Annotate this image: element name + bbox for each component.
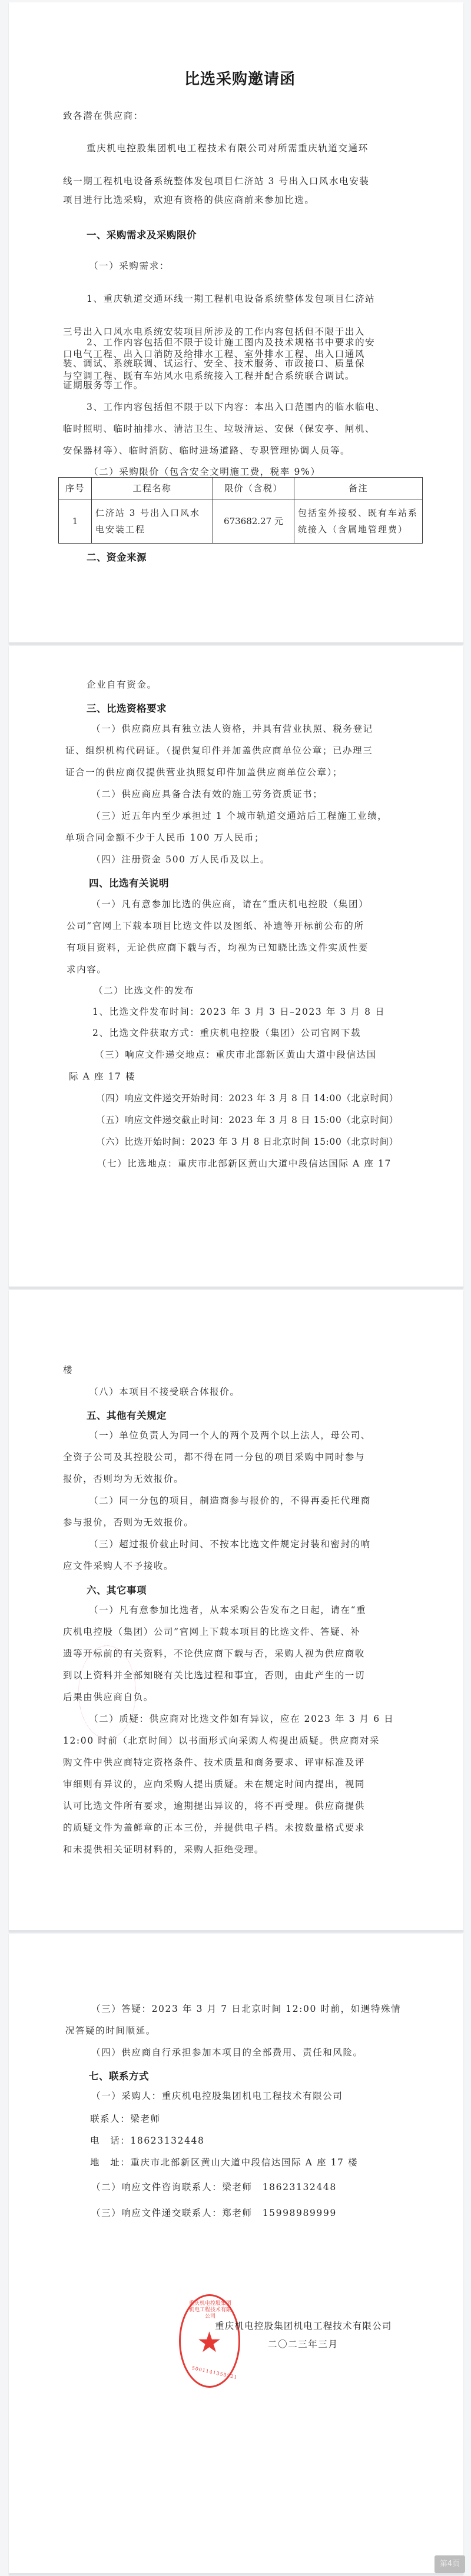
section-heading-4: 四、比选有关说明: [89, 875, 169, 889]
body-line: 认可比选文件所有要求，逾期提出异议的，将不再受理。供应商提供: [63, 1800, 365, 1812]
body-line: （二）供应商应具备合法有效的施工劳务资质证书；: [91, 788, 323, 800]
body-line: （二）同一分包的项目，制造商参与报价的，不得再委托代理商: [89, 1495, 371, 1507]
sub-heading: （二）采购限价（包含安全文明施工费，税率 9%）: [89, 466, 320, 478]
document-page-2: 企业自有资金。 三、比选资格要求 （一）供应商应具有独立法人资格，并具有营业执照…: [9, 646, 463, 1288]
submit-contact: （三）响应文件递交联系人：郑老师 15998989999: [91, 2207, 337, 2219]
document-page-3: 楼 （八）本项目不接受联合体报价。 五、其他有关规定 （一）单位负责人为同一个人…: [9, 1290, 463, 1932]
body-line: 全资子公司及其控股公司，都不得在同一分包的项目采购中同时参与: [63, 1451, 365, 1463]
body-line: 的质疑文件为盖鲜章的正本三份，并提供电子档。未按数量格式要求: [63, 1822, 365, 1834]
intro-line: 线一期工程机电设备系统整体发包项目仁济站 3 号出入口风水电安装: [63, 175, 369, 187]
body-line: （二）比选文件的发布: [94, 985, 194, 997]
page-number-badge[interactable]: 第4页: [434, 2555, 465, 2573]
body-line: 有项目资料，无论供应商下载与否，均视为已知晓比选文件实质性要: [67, 942, 369, 954]
body-line: 公司”官网上下载本项目比选文件以及图纸、补遗等开标前公布的所: [67, 920, 364, 932]
body-line: 到以上资料并全部知晓有关比选过程和事宜，否则，由此产生的一切: [63, 1669, 365, 1681]
table-header-row: 序号 工程名称 限价（含税） 备注: [59, 478, 423, 499]
section-heading-5: 五、其他有关规定: [87, 1408, 167, 1422]
section-heading-6: 六、其它事项: [87, 1582, 147, 1597]
col-header-no: 序号: [59, 478, 92, 499]
body-line: 2、比选文件获取方式：重庆机电控股（集团）公司官网下载: [92, 1027, 361, 1039]
contact-phone: 电 话：18623132448: [90, 2135, 204, 2147]
body-line: 庆机电控股（集团）公司”官网上下载本项目的比选文件、答疑、补: [63, 1626, 360, 1638]
body-line: 证合一的供应商仅提供营业执照复印件加盖供应商单位公章）；: [65, 767, 343, 778]
body-line: 应文件采购人不予接收。: [63, 1560, 174, 1572]
body-line: 遗等开标前的有关资料，不论供应商下载与否，采购人视为供应商收: [63, 1648, 365, 1659]
cell-no: 1: [59, 499, 92, 544]
body-line: 2、工作内容包括但不限于设计施工图内及技术规格书中要求的安: [87, 336, 375, 348]
body-line: 况答疑的时间顺延。: [65, 2025, 156, 2037]
body-line: （二）质疑：供应商对比选文件如有异议，应在 2023 年 3 月 6 日: [89, 1713, 394, 1725]
body-line: 证、组织机构代码证。（提供复印件并加盖供应商单位公章；已办理三: [65, 745, 373, 757]
body-line: （四）供应商自行承担参加本项目的全部费用、责任和风险。: [91, 2047, 363, 2058]
body-line: （五）响应文件递交截止时间：2023 年 3 月 8 日 15:00（北京时间）: [96, 1114, 399, 1126]
body-line: （一）凡有意参加比选者，从本采购公告发布之日起，请在“重: [89, 1604, 366, 1616]
body-line: 装、调试、系统联调、试运行、安全、技术服务、市政接口、质量保: [63, 358, 365, 369]
body-line: 安保器材等）、临时消防、临时进场道路、专职管理协调人员等。: [63, 445, 350, 456]
contact-person: 联系人：梁老师: [90, 2113, 161, 2125]
body-line: （四）响应文件递交开始时间：2023 年 3 月 8 日 14:00（北京时间）: [96, 1092, 399, 1104]
body-line: （一）凡有意参加比选的供应商，请在“重庆机电控股（集团）: [91, 898, 369, 910]
table-row: 1 仁济站 3 号出入口风水电安装工程 673682.27 元 包括室外接驳、既…: [59, 499, 423, 544]
contact-address: 地 址：重庆市北部新区黄山大道中段信达国际 A 座 17 楼: [90, 2157, 358, 2168]
body-line: （三）响应文件递交地点：重庆市北部新区黄山大道中段信达国: [95, 1049, 377, 1061]
seal-star-icon: ★: [197, 2328, 222, 2357]
body-line: 1、重庆轨道交通环线一期工程机电设备系统整体发包项目仁济站: [87, 293, 375, 305]
col-header-price: 限价（含税）: [213, 478, 294, 499]
purchaser-line: （一）采购人：重庆机电控股集团机电工程技术有限公司: [91, 2090, 343, 2102]
col-header-name: 工程名称: [92, 478, 213, 499]
seal-ring-text: 重庆机电控股集团机电工程技术有限公司: [187, 2301, 234, 2320]
body-line: 购文件中供应商特定资格条件、技术质量和商务要求、评审标准及评: [63, 1757, 365, 1768]
body-line: 三号出入口风水电系统安装项目所涉及的工作内容包括但不限于出入: [63, 326, 365, 338]
cell-note: 包括室外接驳、既有车站系统接入（含属地管理费）: [294, 499, 423, 544]
section-heading-1: 一、采购需求及采购限价: [87, 227, 197, 241]
document-page-1: 比选采购邀请函 致各潜在供应商： 重庆机电控股集团机电工程技术有限公司对所需重庆…: [9, 2, 463, 644]
signature-company: 重庆机电控股集团机电工程技术有限公司: [215, 2320, 392, 2332]
body-line: （七）比选地点：重庆市北部新区黄山大道中段信达国际 A 座 17: [97, 1158, 392, 1169]
section-heading-2: 二、资金来源: [87, 549, 147, 564]
section-heading-3: 三、比选资格要求: [87, 701, 167, 715]
body-line: （一）供应商应具有独立法人资格，并具有营业执照、税务登记: [91, 723, 373, 735]
body-line: （一）单位负责人为同一个人的两个及两个以上法人，母公司、: [89, 1429, 371, 1441]
sub-heading: （一）采购需求：: [89, 260, 170, 272]
signature-date: 二〇二三年三月: [268, 2338, 339, 2350]
body-line: （三）近五年内至少承担过 1 个城市轨道交通站后工程施工业绩，: [91, 810, 387, 822]
body-line: 企业自有资金。: [87, 679, 157, 691]
body-line: 单项合同金额不少于人民币 100 万人民币；: [65, 832, 264, 844]
document-title: 比选采购邀请函: [184, 67, 296, 89]
price-limit-table: 序号 工程名称 限价（含税） 备注 1 仁济站 3 号出入口风水电安装工程 67…: [58, 477, 423, 544]
consult-contact: （二）响应文件咨询联系人：梁老师 18623132448: [91, 2181, 337, 2193]
col-header-note: 备注: [294, 478, 423, 499]
body-line: （三）超过报价截止时间、不按本比选文件规定封装和密封的响: [89, 1538, 371, 1550]
cell-name: 仁济站 3 号出入口风水电安装工程: [92, 499, 213, 544]
body-line: 和未提供相关证明材料的，采购人拒绝受理。: [63, 1844, 264, 1855]
body-line: 楼: [63, 1364, 73, 1376]
body-line: 1、比选文件发布时间：2023 年 3 月 3 日–2023 年 3 月 8 日: [92, 1006, 385, 1018]
body-line: 审细则有异议的，应向采购人提出质疑。未在规定时间内提出，视同: [63, 1778, 365, 1790]
body-line: 求内容。: [67, 964, 107, 975]
body-line: （六）比选开始时间：2023 年 3 月 8 日北京时间 15:00（北京时间）: [96, 1136, 399, 1148]
salutation: 致各潜在供应商：: [63, 110, 144, 122]
body-line: 参与报价，否则为无效报价。: [63, 1517, 194, 1528]
body-line: 后果由供应商自负。: [63, 1691, 154, 1703]
cell-price: 673682.27 元: [213, 499, 294, 544]
company-seal: 重庆机电控股集团机电工程技术有限公司 ★ 5001141355521: [179, 2294, 240, 2388]
intro-line: 项目进行比选采购，欢迎有资格的供应商前来参加比选。: [63, 194, 315, 206]
section-heading-7: 七、联系方式: [89, 2068, 149, 2082]
document-page-4: （三）答疑：2023 年 3 月 7 日北京时间 12:00 时前，如遇特殊情 …: [9, 1934, 463, 2575]
body-line: 证期服务等工作。: [63, 379, 144, 391]
body-line: 临时照明、临时抽排水、清洁卫生、垃圾清运、安保（保安亭、闸机、: [63, 423, 375, 435]
body-line: 报价，否则均为无效报价。: [63, 1473, 184, 1485]
body-line: （八）本项目不接受联合体报价。: [89, 1386, 240, 1398]
body-line: （四）注册资金 500 万人民币及以上。: [91, 854, 270, 865]
seal-code: 5001141355521: [191, 2365, 238, 2380]
body-line: 12:00 时前（北京时间）以书面形式向采购人构提出质疑。供应商对采: [63, 1735, 380, 1747]
body-line: （三）答疑：2023 年 3 月 7 日北京时间 12:00 时前，如遇特殊情: [91, 2003, 401, 2015]
intro-line: 重庆机电控股集团机电工程技术有限公司对所需重庆轨道交通环: [87, 142, 369, 154]
body-line: 际 A 座 17 楼: [69, 1071, 135, 1082]
body-line: 3、工作内容包括但不限于以下内容：本出入口范围内的临水临电、: [87, 401, 385, 413]
